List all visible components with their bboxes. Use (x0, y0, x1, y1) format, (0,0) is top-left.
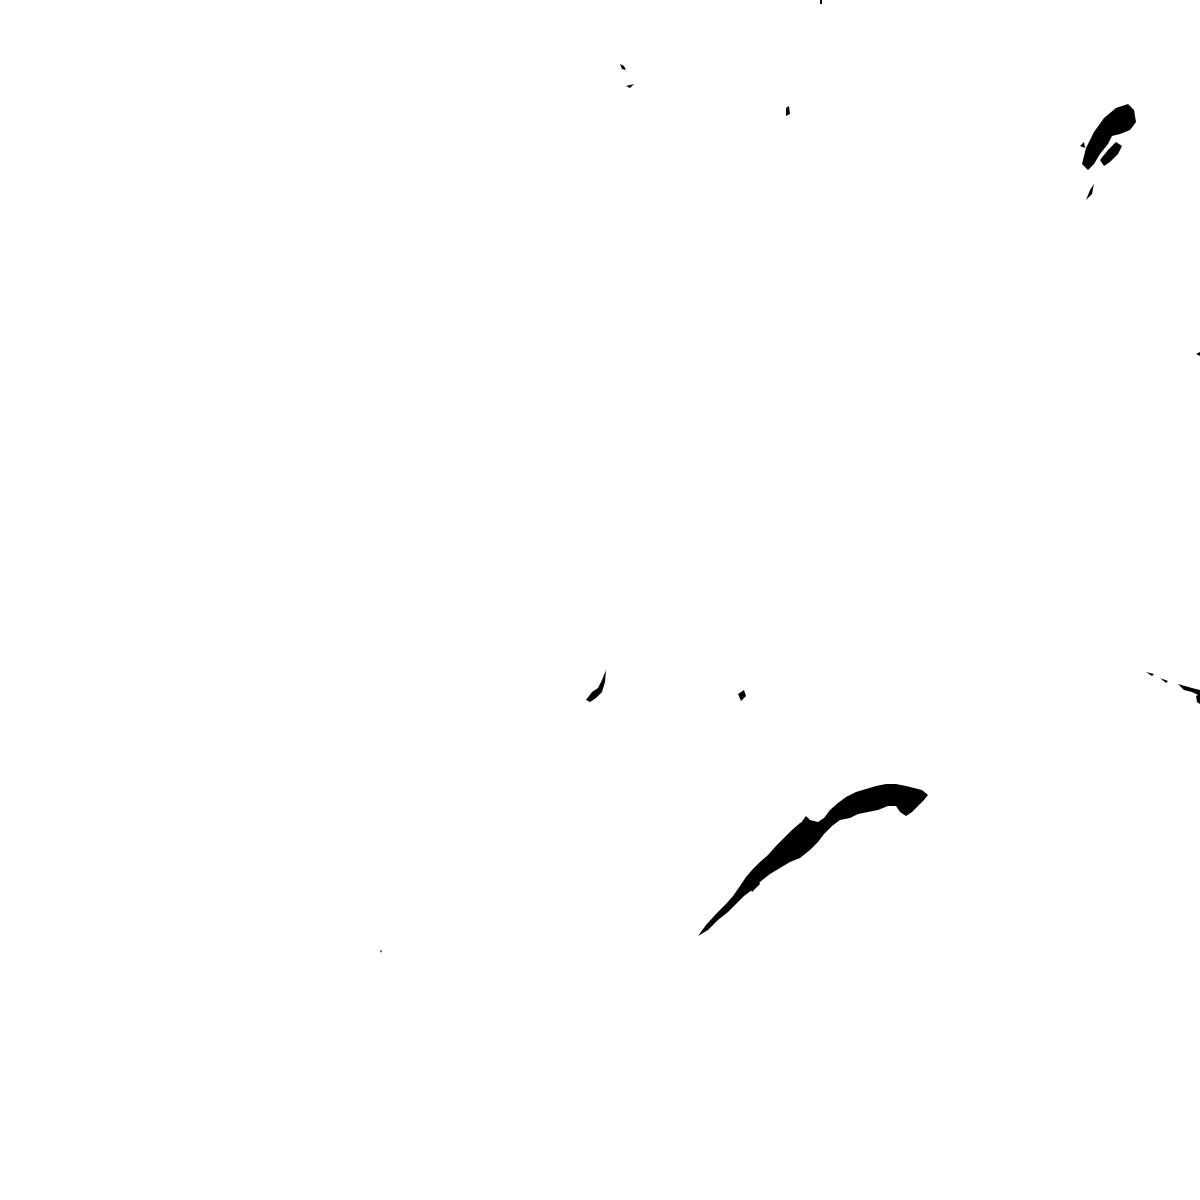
background (0, 0, 1200, 1200)
ink-blot-canvas (0, 0, 1200, 1200)
